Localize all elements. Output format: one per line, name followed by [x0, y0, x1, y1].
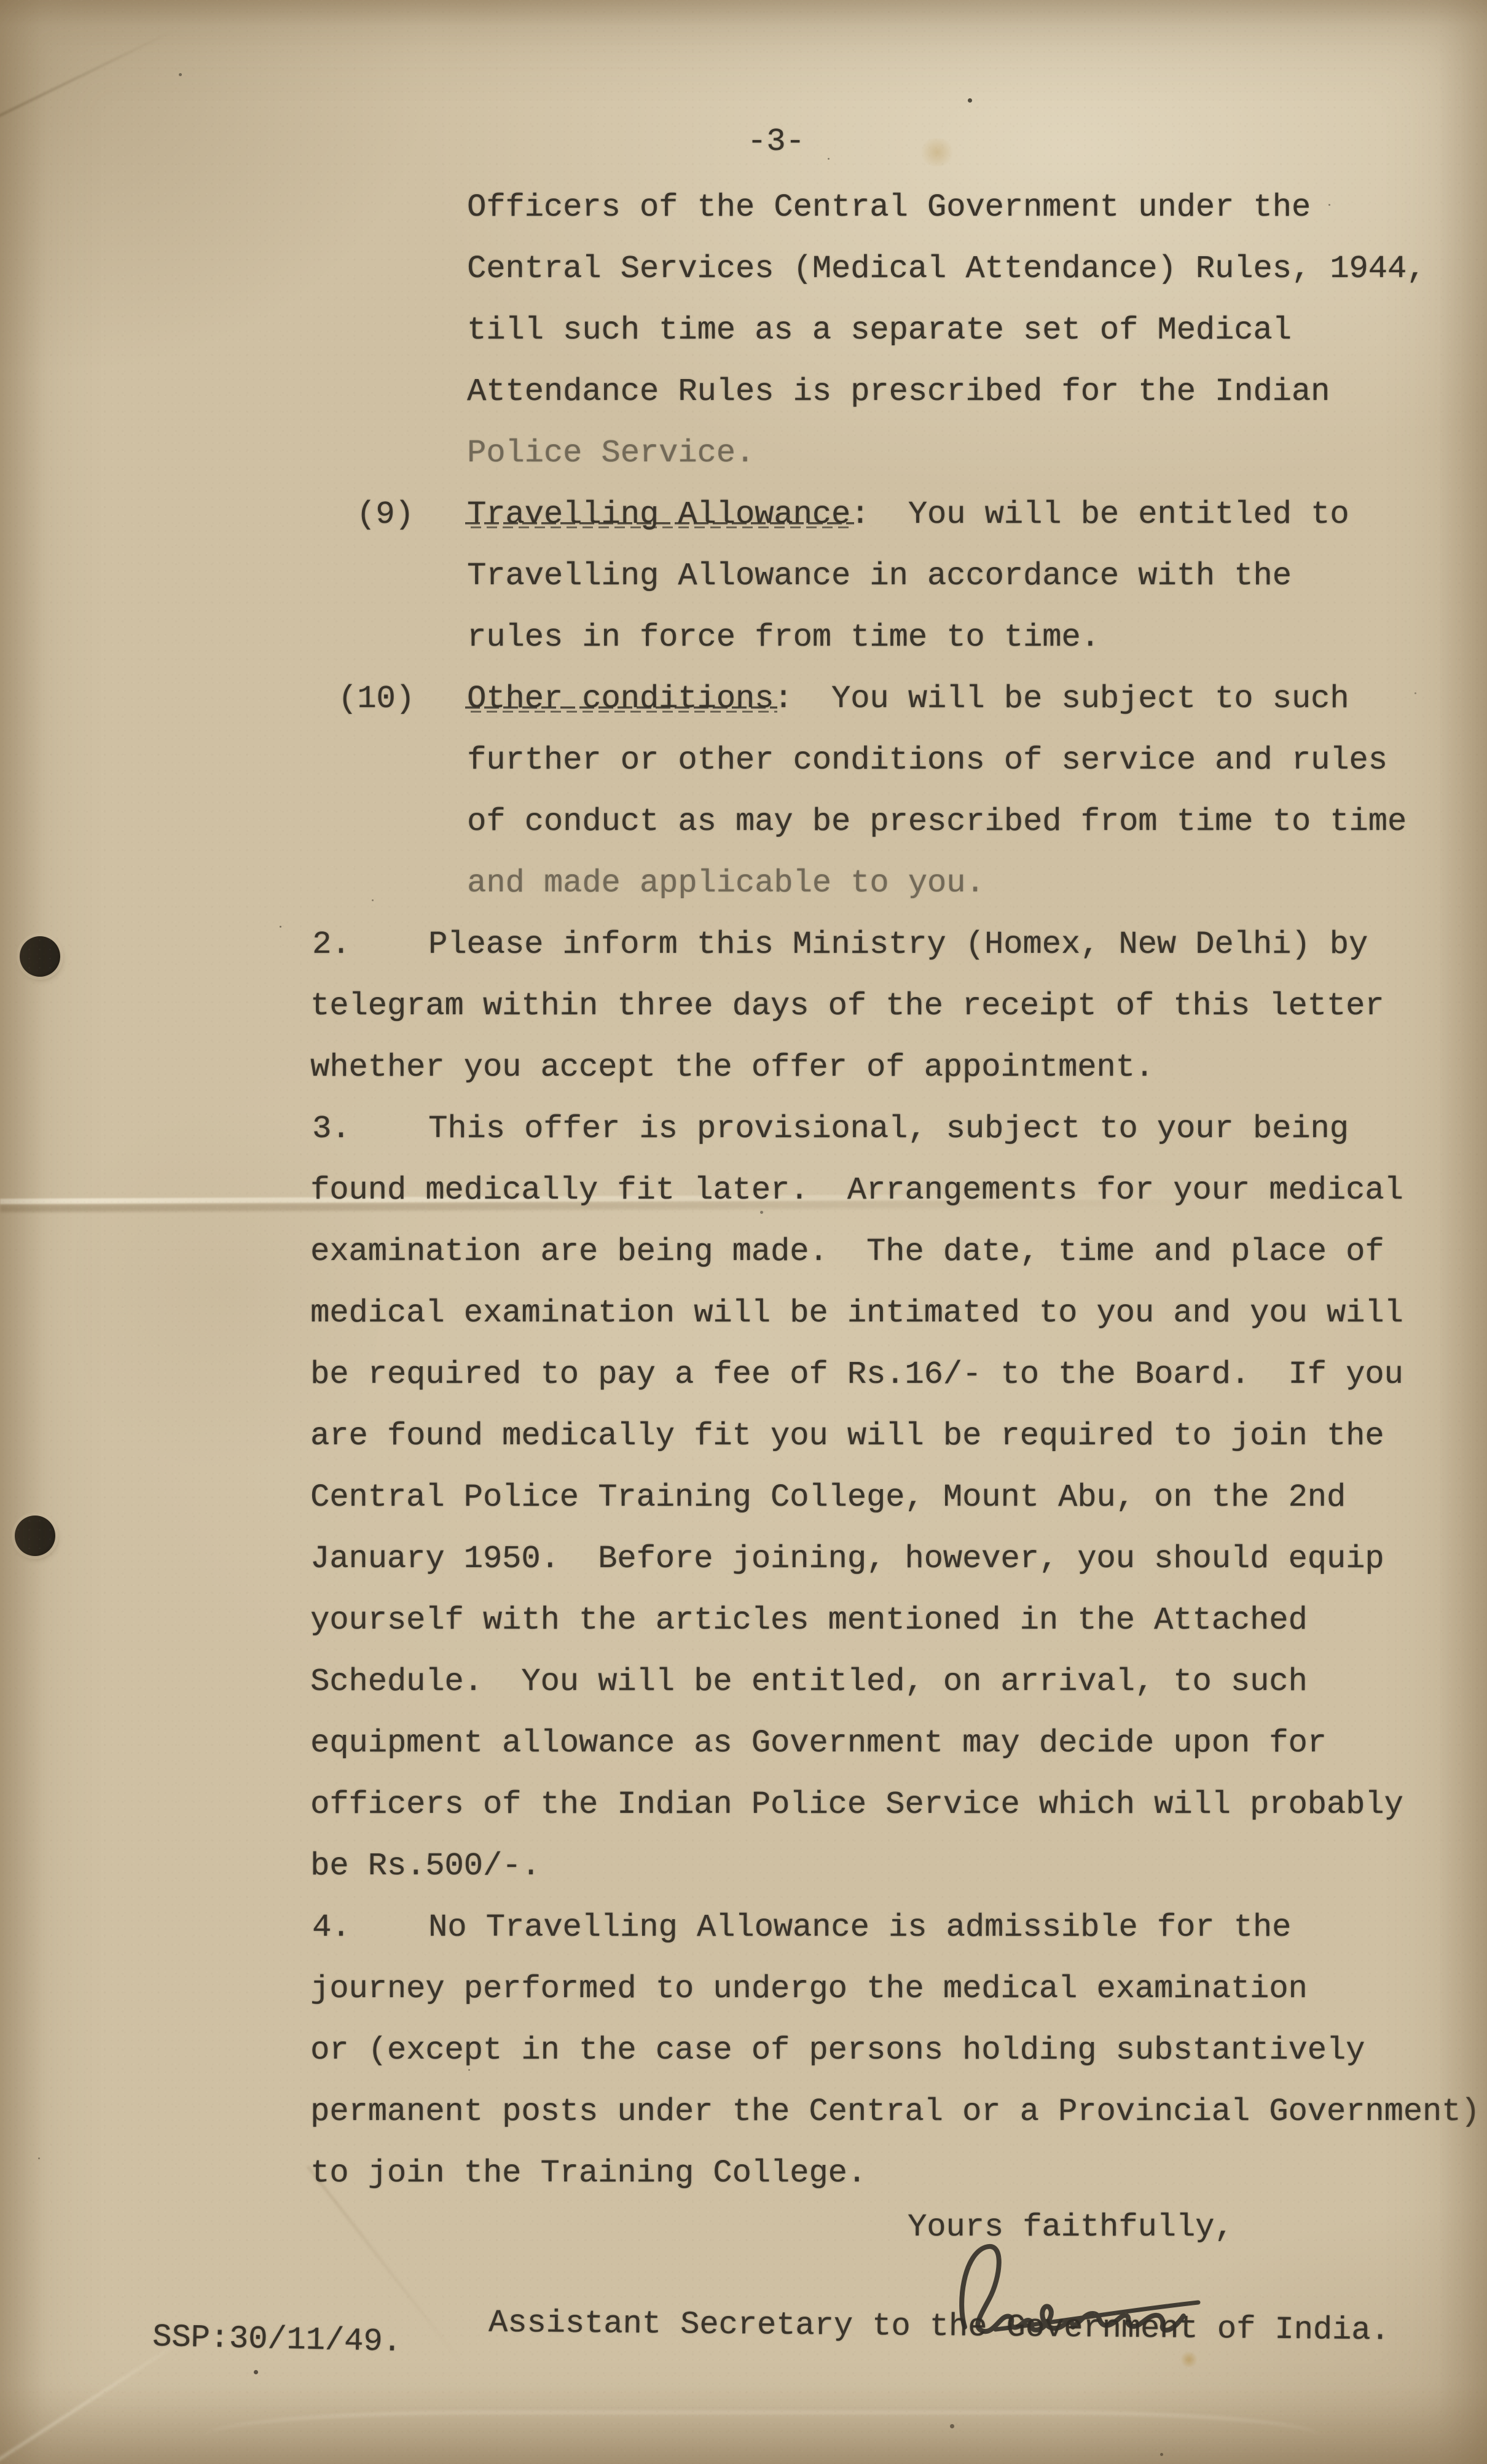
reference-number: SSP:30/11/49. [152, 2321, 402, 2358]
letter-line: and made applicable to you. [467, 867, 985, 899]
letter-line: Officers of the Central Government under… [467, 192, 1311, 224]
letter-line: till such time as a separate set of Medi… [467, 315, 1292, 346]
page-number: -3- [747, 126, 805, 158]
underlined-heading: Travelling Allowance [467, 499, 850, 531]
letter-line: be required to pay a fee of Rs.16/- to t… [310, 1359, 1403, 1391]
heading-continuation: : You will be entitled to [850, 496, 1349, 533]
letter-line: permanent posts under the Central or a P… [310, 2096, 1480, 2128]
letter-line: Attendance Rules is prescribed for the I… [467, 376, 1330, 408]
letter-line: yourself with the articles mentioned in … [310, 1605, 1308, 1637]
paragraph-number: 4. [312, 1912, 350, 1944]
letter-line: found medically fit later. Arrangements … [310, 1175, 1403, 1207]
paragraph-number: 3. [312, 1113, 350, 1145]
letter-line: Central Police Training College, Mount A… [310, 1482, 1346, 1514]
letter-line: No Travelling Allowance is admissible fo… [428, 1912, 1291, 1944]
letter-line: journey performed to undergo the medical… [310, 1973, 1308, 2005]
letter-line: Travelling Allowance: You will be entitl… [467, 499, 1349, 531]
item-number: (9) [356, 499, 414, 531]
letter-line: Other conditions: You will be subject to… [467, 683, 1349, 715]
letter-line: or (except in the case of persons holdin… [310, 2035, 1365, 2067]
letter-line: equipment allowance as Government may de… [310, 1727, 1327, 1759]
heading-continuation: : You will be subject to such [774, 681, 1349, 717]
letter-line: officers of the Indian Police Service wh… [310, 1789, 1403, 1821]
typewritten-text-layer: -3- Officers of the Central Government u… [0, 0, 1487, 2464]
letter-line: This offer is provisional, subject to yo… [428, 1113, 1349, 1145]
letter-line: be Rs.500/-. [310, 1850, 540, 1882]
scanned-letter-page: -3- Officers of the Central Government u… [0, 0, 1487, 2464]
letter-line: further or other conditions of service a… [467, 745, 1387, 776]
letter-line: of conduct as may be prescribed from tim… [467, 806, 1407, 838]
letter-line: Travelling Allowance in accordance with … [467, 560, 1292, 592]
paragraph-number: 2. [312, 929, 350, 961]
letter-line: Schedule. You will be entitled, on arriv… [310, 1666, 1308, 1698]
underlined-heading: Other conditions [467, 683, 774, 715]
letter-line: to join the Training College. [310, 2157, 866, 2189]
letter-line: examination are being made. The date, ti… [310, 1236, 1384, 1268]
item-number: (10) [338, 683, 415, 715]
letter-line: are found medically fit you will be requ… [310, 1420, 1384, 1452]
letter-line: Please inform this Ministry (Homex, New … [428, 929, 1368, 961]
letter-line: rules in force from time to time. [467, 622, 1100, 654]
letter-line: whether you accept the offer of appointm… [310, 1052, 1154, 1084]
letter-line: Central Services (Medical Attendance) Ru… [467, 253, 1426, 285]
letter-line: January 1950. Before joining, however, y… [310, 1543, 1384, 1575]
letter-line: medical examination will be intimated to… [310, 1297, 1403, 1329]
letter-line: telegram within three days of the receip… [310, 990, 1384, 1022]
signature-handwritten [934, 2230, 1241, 2347]
letter-line: Police Service. [467, 437, 755, 469]
